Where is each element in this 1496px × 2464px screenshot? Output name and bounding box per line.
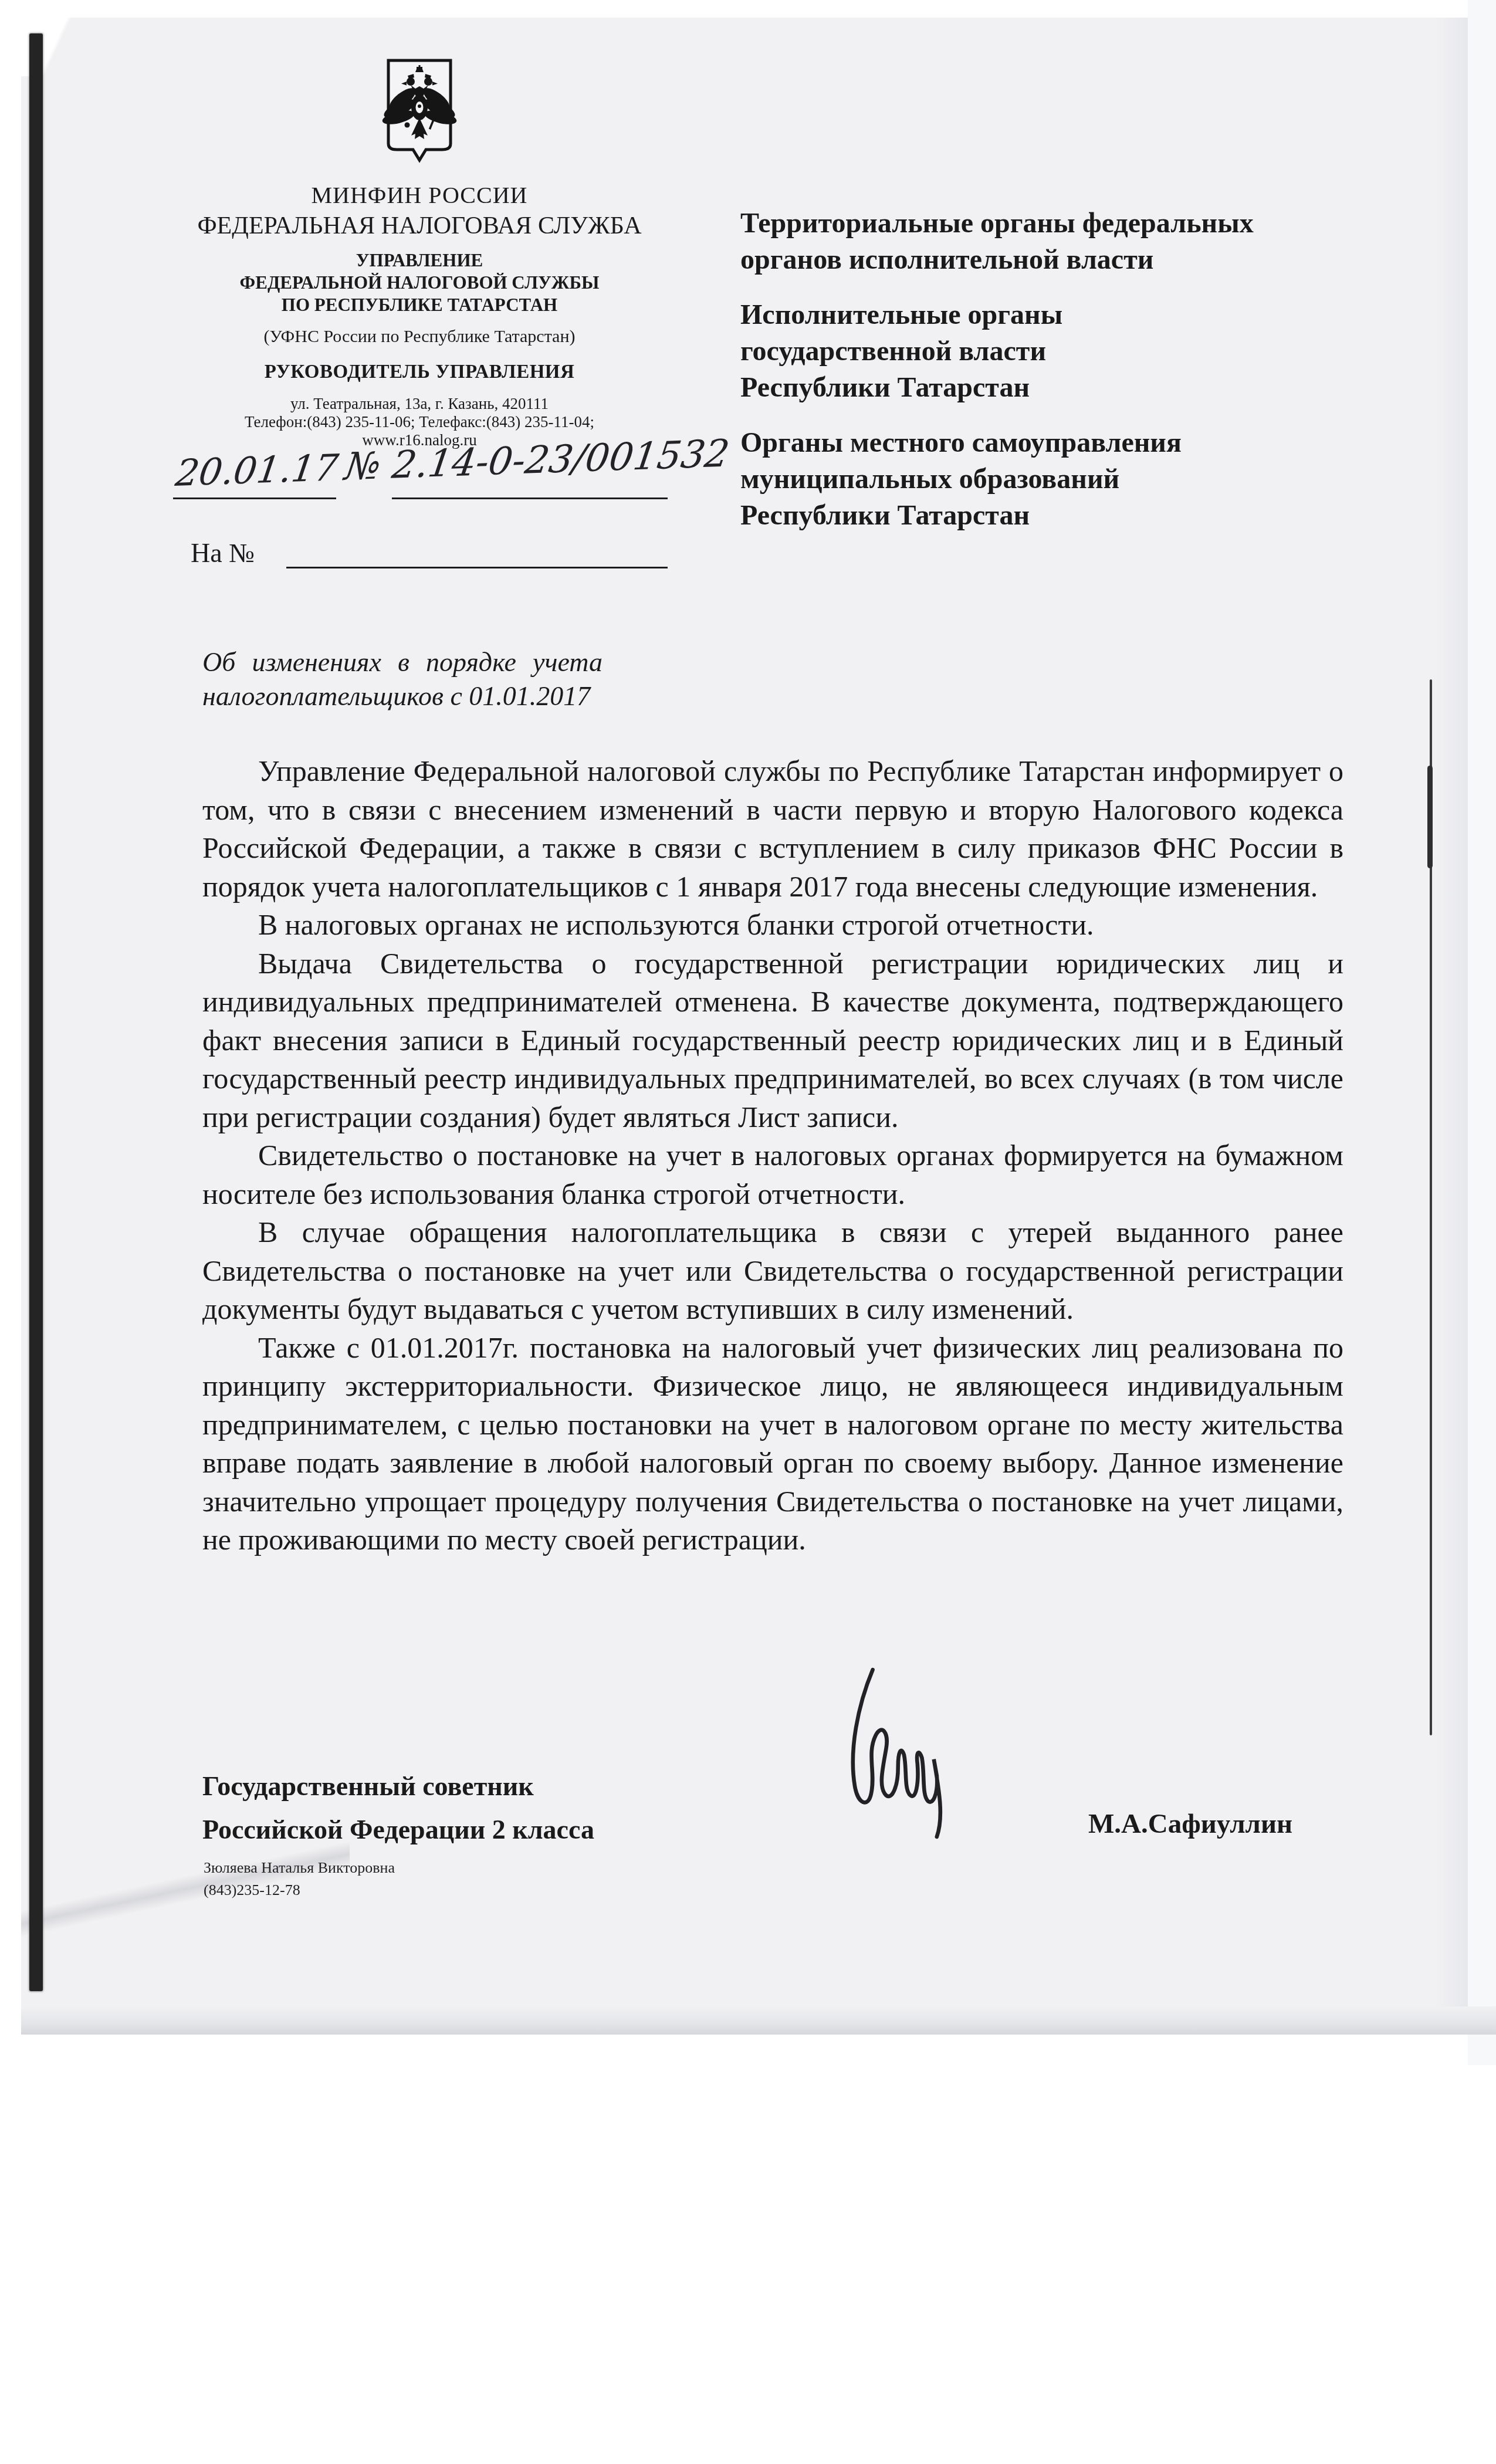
addressee-line: органов исполнительной власти	[740, 242, 1318, 278]
reply-number-underline	[286, 567, 668, 568]
addressee-line: Исполнительные органы	[740, 297, 1318, 333]
addressee-group-federal: Территориальные органы федеральных орган…	[740, 205, 1318, 278]
body-paragraph: Также с 01.01.2017г. постановка на налог…	[202, 1329, 1343, 1559]
executor-name: Зюляева Наталья Викторовна	[204, 1857, 395, 1879]
body-paragraph: В случае обращения налогоплательщика в с…	[202, 1213, 1343, 1329]
addressee-line: Органы местного самоуправления	[740, 425, 1318, 461]
handwritten-date: 20.01.17	[173, 446, 341, 495]
letterhead-phones: Телефон:(843) 235-11-06; Телефакс:(843) …	[173, 413, 666, 431]
letterhead: МИНФИН РОССИИ ФЕДЕРАЛЬНАЯ НАЛОГОВАЯ СЛУЖ…	[173, 56, 666, 449]
scan-artifact-right-blob	[1427, 766, 1433, 868]
paper-bottom-edge	[21, 2006, 1496, 2035]
addressee-line: муниципальных образований	[740, 461, 1318, 497]
addressee-line: государственной власти	[740, 333, 1318, 370]
addressee-group-municipal: Органы местного самоуправления муниципал…	[740, 425, 1318, 534]
letterhead-ministry: МИНФИН РОССИИ	[173, 182, 666, 209]
signer-name: М.А.Сафиуллин	[1088, 1808, 1292, 1840]
letterhead-service: ФЕДЕРАЛЬНАЯ НАЛОГОВАЯ СЛУЖБА	[173, 212, 666, 240]
subject-line: налогоплательщиков с 01.01.2017	[202, 679, 603, 713]
addressee-line: Республики Татарстан	[740, 497, 1318, 534]
number-underline	[392, 497, 668, 499]
handwritten-signature-stroke	[820, 1664, 958, 1843]
scan-artifact-left-bar	[29, 33, 43, 1991]
scanned-letter-page: МИНФИН РОССИИ ФЕДЕРАЛЬНАЯ НАЛОГОВАЯ СЛУЖ…	[0, 0, 1496, 2464]
signer-title: Государственный советник Российской Феде…	[202, 1765, 594, 1852]
body-paragraph: В налоговых органах не используются блан…	[202, 906, 1343, 945]
letterhead-address: ул. Театральная, 13а, г. Казань, 420111	[173, 395, 666, 413]
body-paragraph: Свидетельство о постановке на учет в нал…	[202, 1136, 1343, 1213]
letterhead-department-line1: УПРАВЛЕНИЕ	[173, 249, 666, 272]
letterhead-department-line3: ПО РЕСПУБЛИКЕ ТАТАРСТАН	[173, 294, 666, 316]
subject-block: Об изменениях в порядке учета налогоплат…	[202, 645, 603, 713]
letterhead-department-line2: ФЕДЕРАЛЬНОЙ НАЛОГОВОЙ СЛУЖБЫ	[173, 272, 666, 294]
body-paragraph: Выдача Свидетельства о государственной р…	[202, 945, 1343, 1137]
signer-title-line: Государственный советник	[202, 1765, 594, 1808]
addressee-group-executive: Исполнительные органы государственной вл…	[740, 297, 1318, 406]
addressee-line: Республики Татарстан	[740, 370, 1318, 406]
letterhead-head-title: РУКОВОДИТЕЛЬ УПРАВЛЕНИЯ	[173, 361, 666, 383]
body-paragraph: Управление Федеральной налоговой службы …	[202, 752, 1343, 906]
addressee-list: Территориальные органы федеральных орган…	[740, 205, 1318, 553]
letterhead-short-name: (УФНС России по Республике Татарстан)	[173, 327, 666, 347]
reply-number-label: На №	[191, 537, 255, 568]
addressee-line: Территориальные органы федеральных	[740, 205, 1318, 242]
date-underline	[173, 497, 336, 499]
letter-body: Управление Федеральной налоговой службы …	[202, 752, 1343, 1559]
signer-title-line: Российской Федерации 2 класса	[202, 1808, 594, 1852]
executor-footer: Зюляева Наталья Викторовна (843)235-12-7…	[204, 1857, 395, 1901]
executor-phone: (843)235-12-78	[204, 1879, 395, 1901]
subject-line: Об изменениях в порядке учета	[202, 645, 603, 679]
scan-background-strip	[1468, 0, 1496, 2065]
paper-right-edge-shade	[1436, 18, 1468, 2027]
russia-coat-of-arms-icon	[381, 56, 458, 173]
